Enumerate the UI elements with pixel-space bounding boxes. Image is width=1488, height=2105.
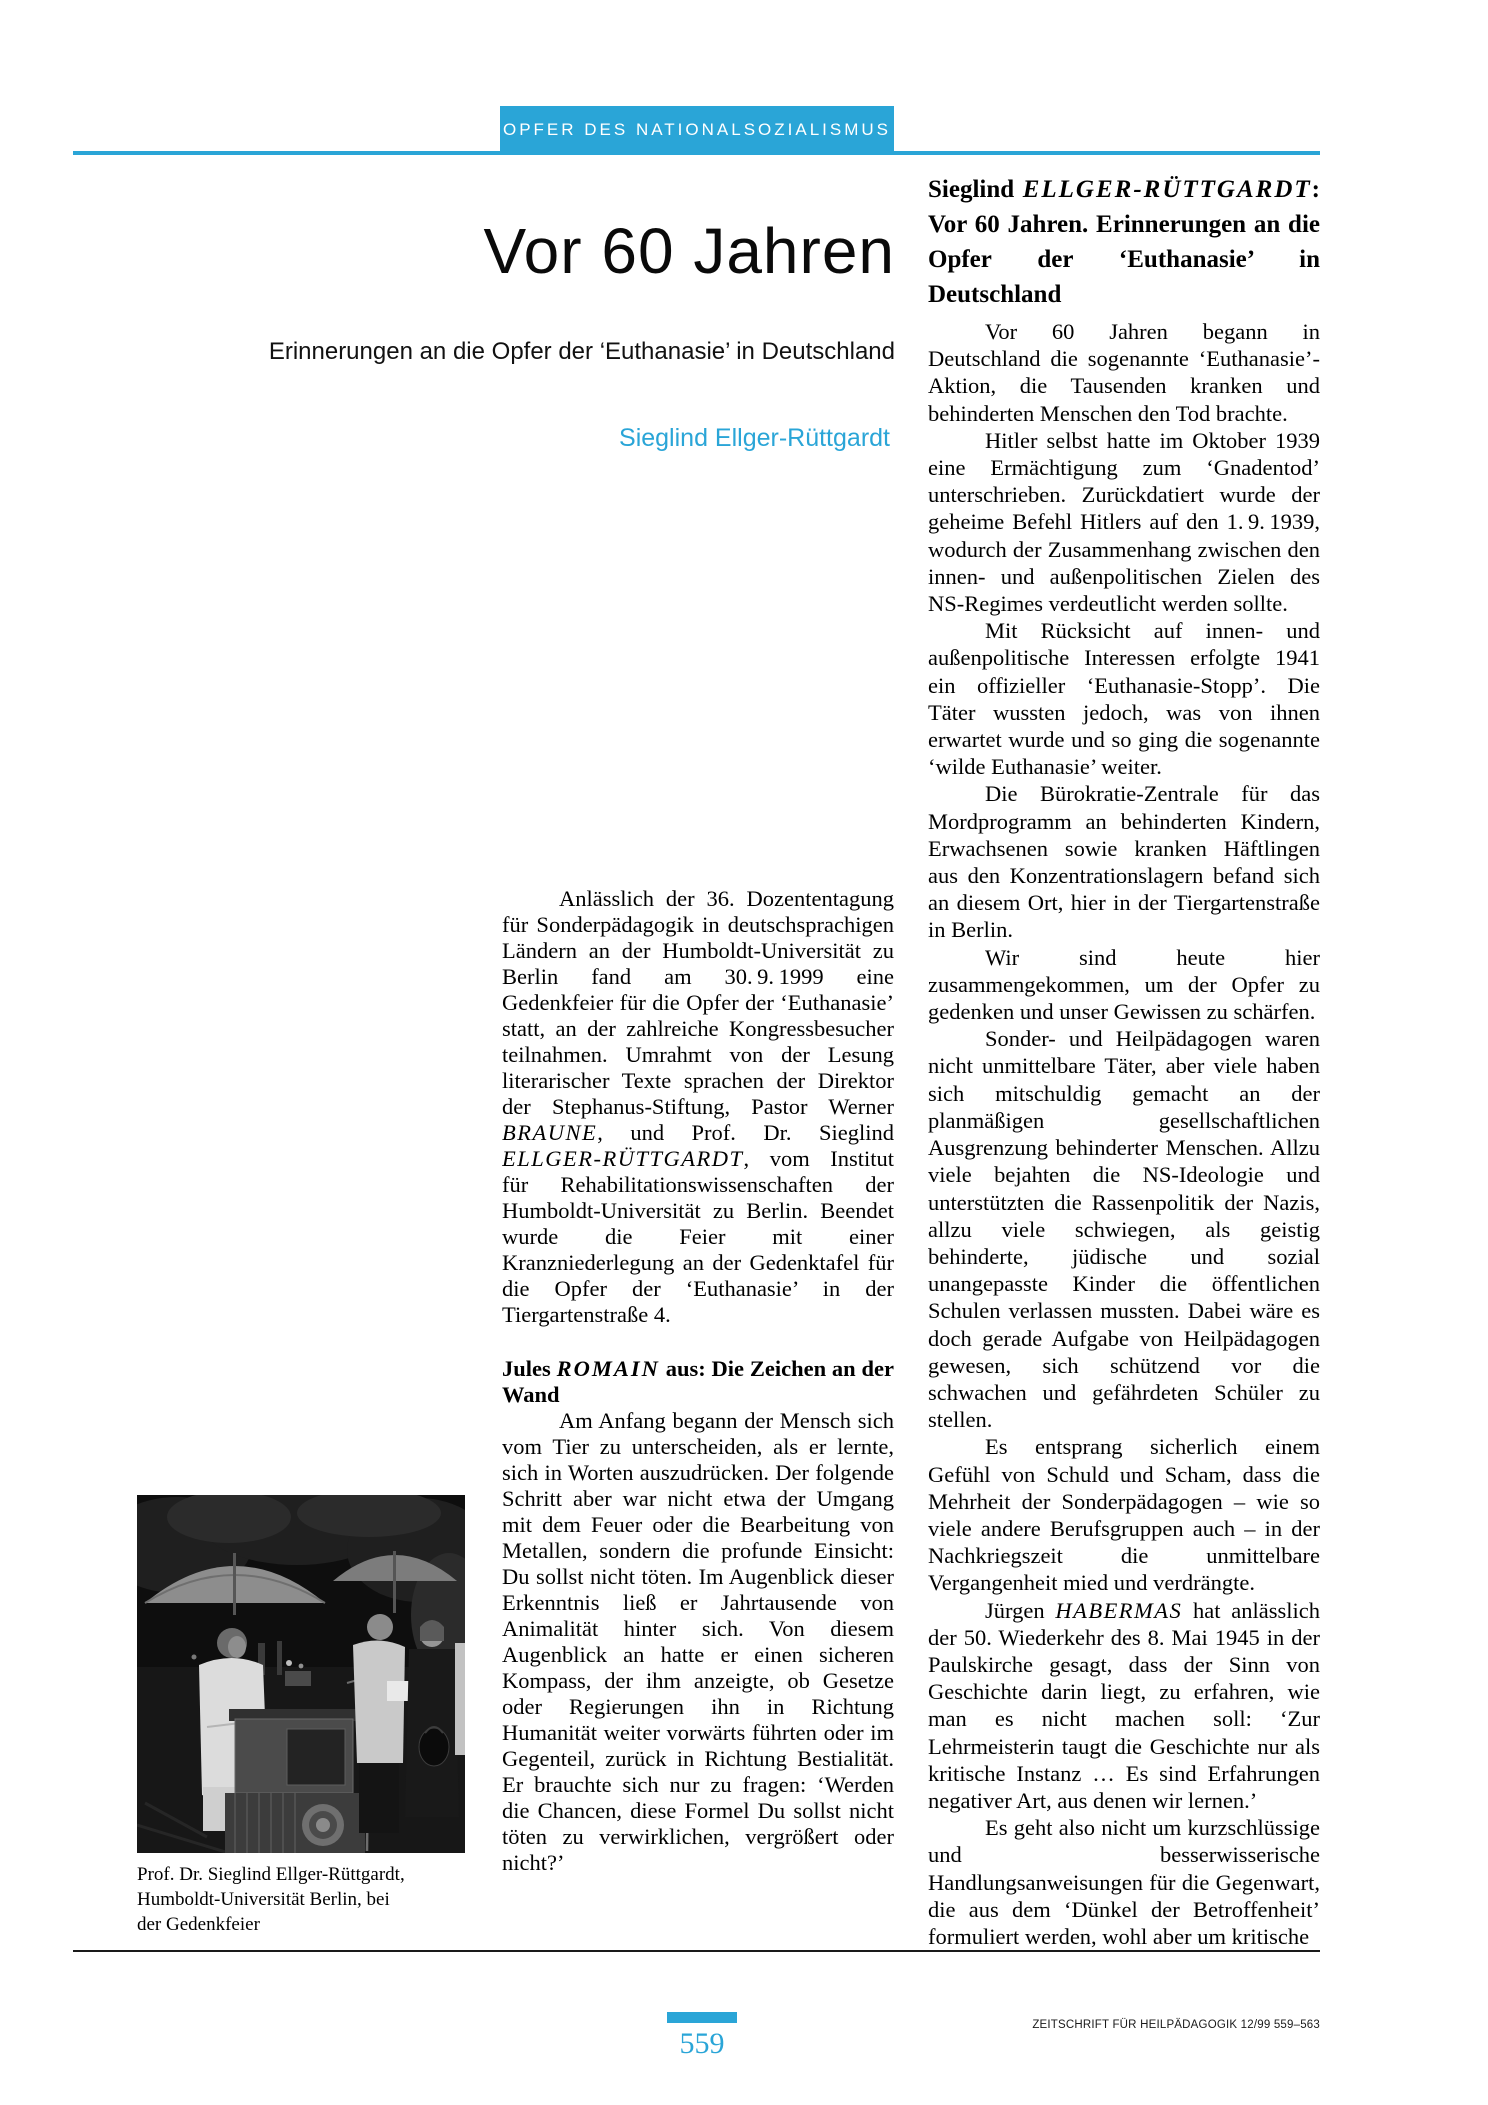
paragraph: der Gedenkfeier: [137, 1912, 477, 1937]
paragraph: Anlässlich der 36. Dozententagung für So…: [502, 886, 894, 1328]
paragraph: Es geht also nicht um kurzschlüssige und…: [928, 1814, 1320, 1948]
journal-footer-line: ZEITSCHRIFT FÜR HEILPÄDAGOGIK 12/99 559–…: [1032, 2019, 1320, 2031]
journal-page: OPFER DES NATIONALSOZIALISMUS Vor 60 Jah…: [0, 0, 1488, 2105]
paragraph: Wir sind heute hier zusammengekommen, um…: [928, 944, 1320, 1026]
paragraph: Am Anfang begann der Mensch sich vom Tie…: [502, 1408, 894, 1876]
middle-column: Anlässlich der 36. Dozententagung für So…: [502, 886, 894, 1948]
paragraph: Vor 60 Jahren begann in Deutschland die …: [928, 318, 1320, 427]
paragraph: Hitler selbst hatte im Oktober 1939 eine…: [928, 427, 1320, 617]
ceremony-photo-graphic: [137, 1495, 465, 1853]
photo-caption: Prof. Dr. Sieglind Ellger-Rüttgardt,Humb…: [137, 1862, 477, 1937]
article-subtitle: Erinnerungen an die Opfer der ‘Euthanasi…: [0, 338, 895, 366]
article-title: Vor 60 Jahren: [0, 218, 895, 285]
ceremony-photo: [137, 1495, 465, 1853]
paragraph: Sieglind ELLGER-RÜTTGARDT: Vor 60 Jahren…: [928, 172, 1320, 312]
paragraph: Die Bürokratie-Zentrale für das Mordprog…: [928, 780, 1320, 943]
page-number-bar: [667, 2012, 737, 2023]
paragraph: Jürgen HABERMAS hat anlässlich der 50. W…: [928, 1597, 1320, 1815]
footer-rule: [73, 1950, 1320, 1952]
section-banner-label: OPFER DES NATIONALSOZIALISMUS: [503, 120, 891, 140]
page-number: 559: [652, 2027, 752, 2061]
paragraph: Sonder- und Heilpädagogen waren nicht un…: [928, 1025, 1320, 1433]
right-column: Sieglind ELLGER-RÜTTGARDT: Vor 60 Jahren…: [928, 172, 1320, 1948]
section-banner: OPFER DES NATIONALSOZIALISMUS: [500, 106, 894, 153]
paragraph: Mit Rücksicht auf innen- und außenpoliti…: [928, 617, 1320, 780]
paragraph: Es entsprang sicherlich einem Gefühl von…: [928, 1433, 1320, 1596]
author-name: Sieglind Ellger-Rüttgardt: [0, 424, 890, 453]
paragraph: Jules ROMAIN aus: Die Zeichen an der Wan…: [502, 1356, 894, 1408]
paragraph: Prof. Dr. Sieglind Ellger-Rüttgardt,: [137, 1862, 477, 1887]
paragraph: Humboldt-Universität Berlin, bei: [137, 1887, 477, 1912]
header-rule: [73, 151, 1320, 155]
